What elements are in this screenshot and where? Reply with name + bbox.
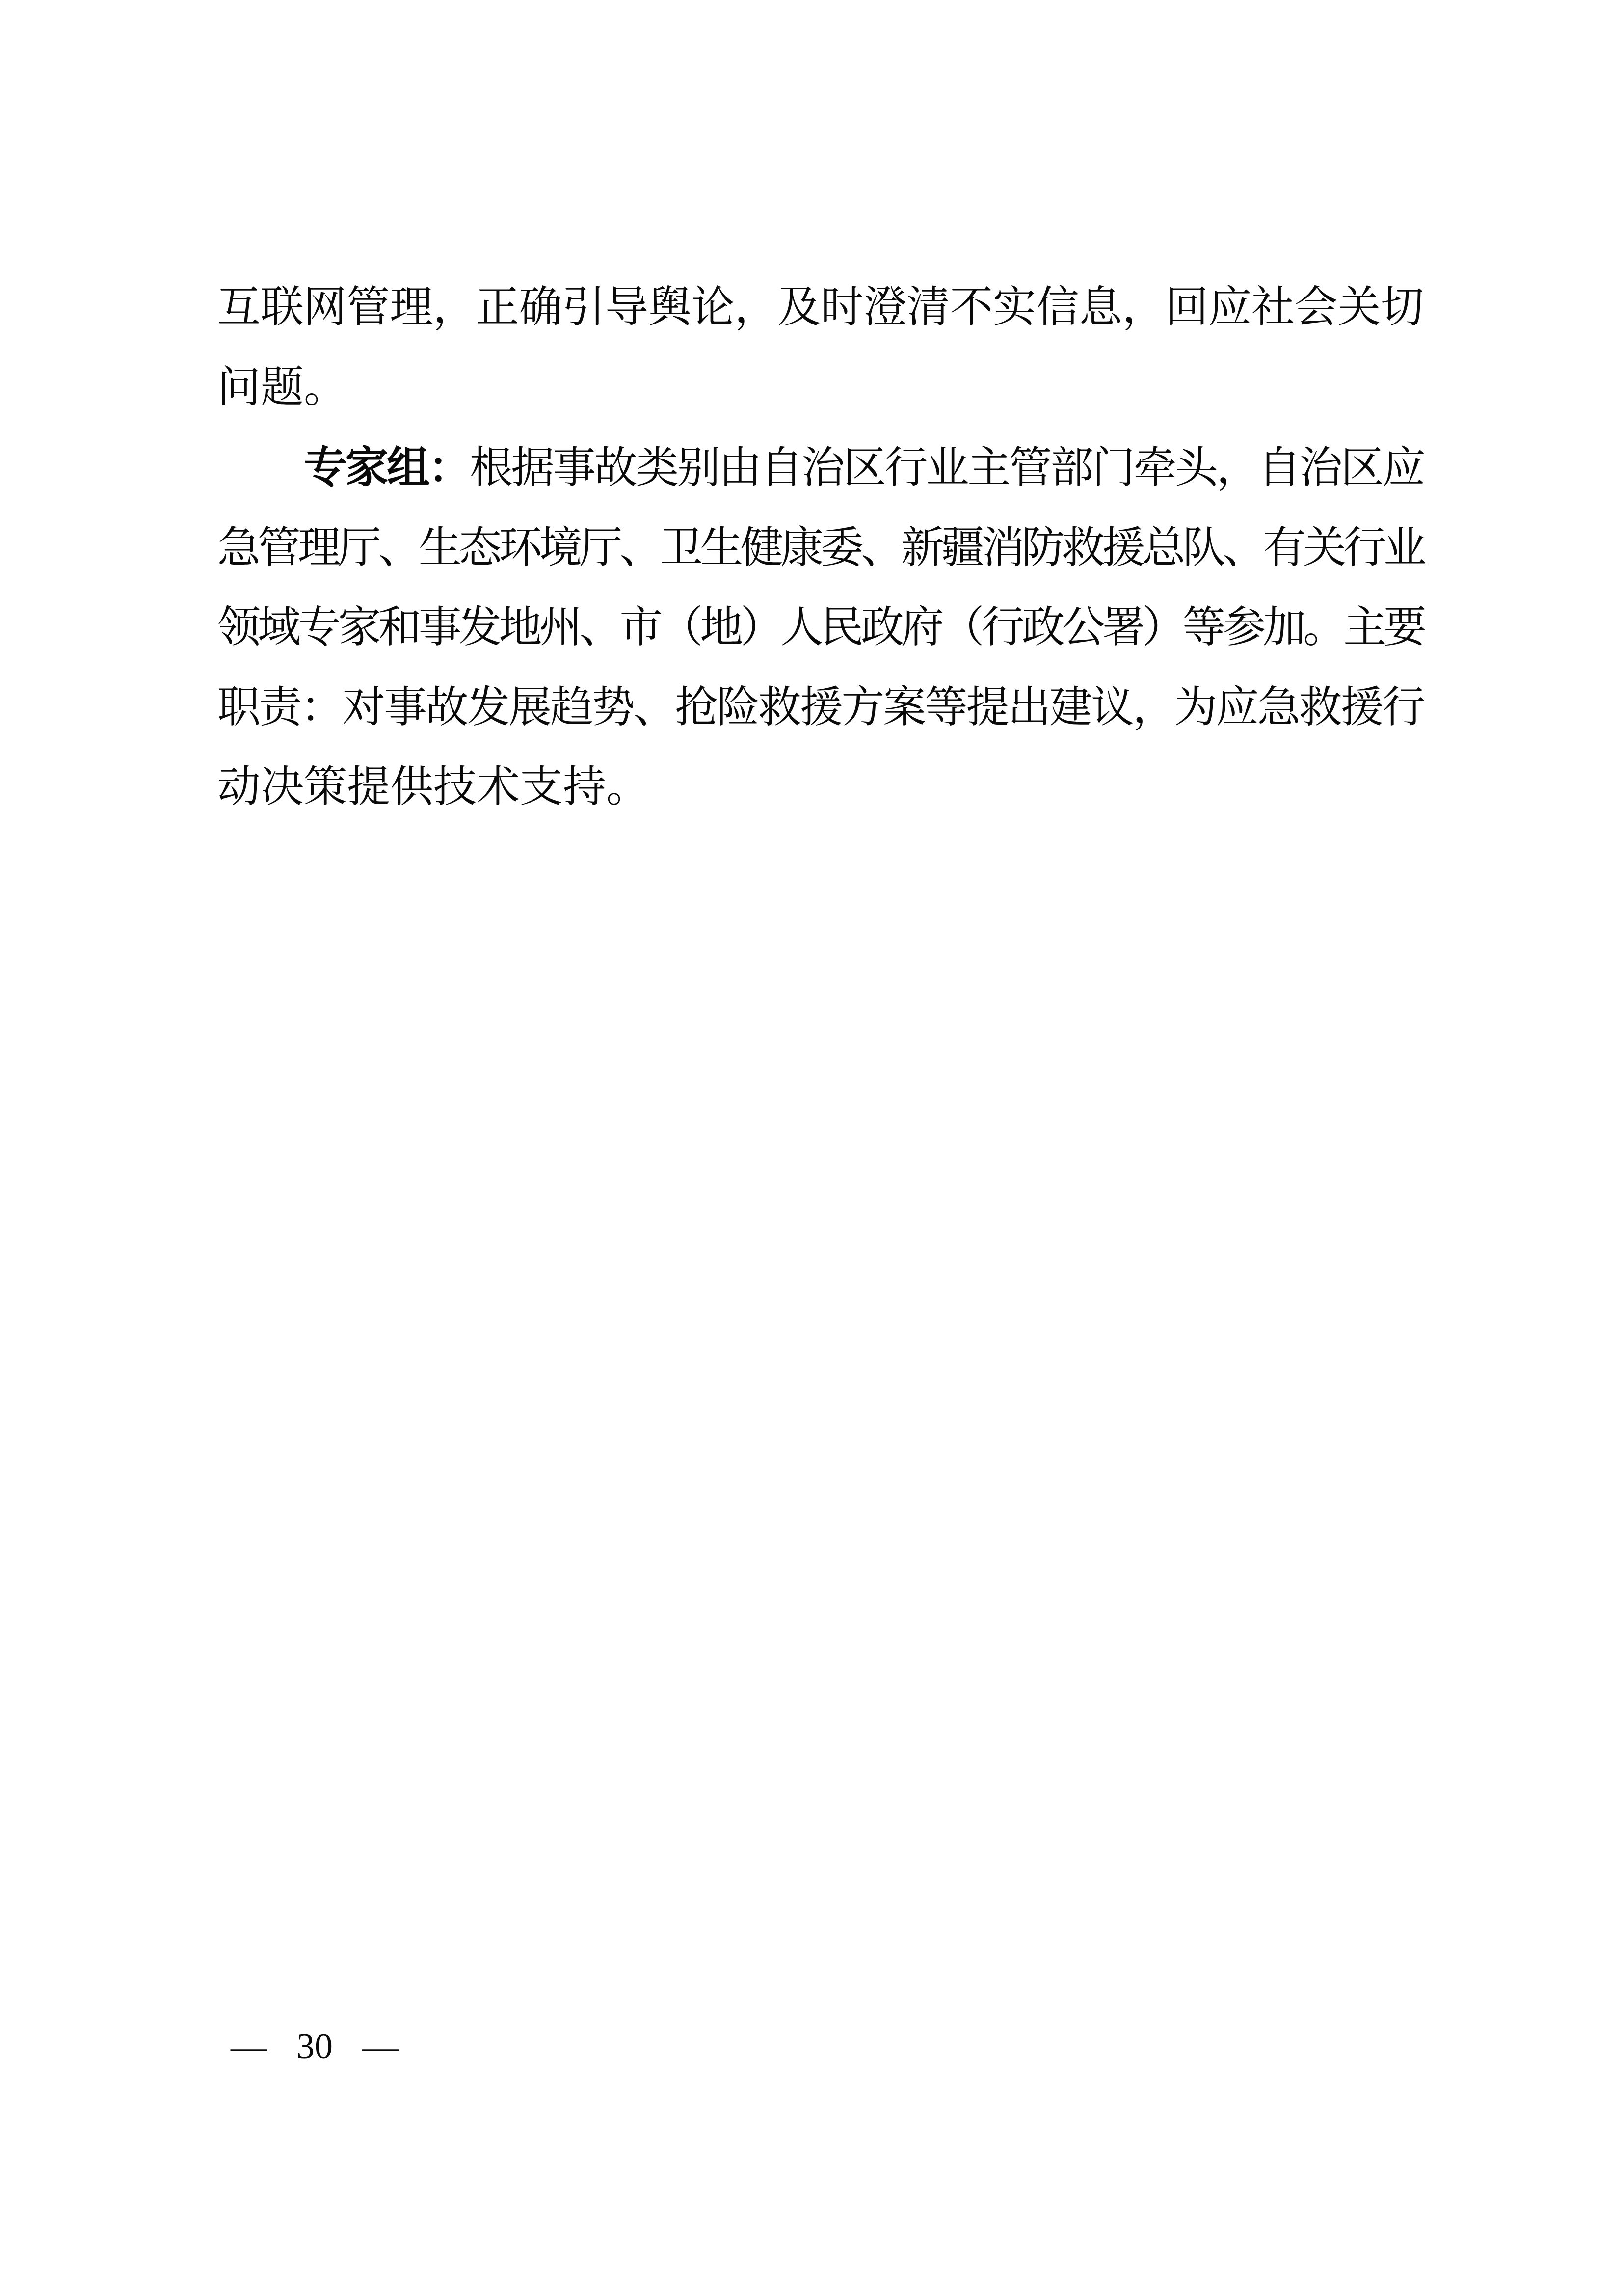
body-line-2: 问题。 bbox=[217, 348, 1424, 428]
body-line-5: 领域专家和事发地州、市（地）人民政府（行政公署）等参加。主要 bbox=[217, 588, 1424, 668]
body-line-7: 动决策提供技术支持。 bbox=[217, 748, 1424, 828]
body-line-1: 互联网管理，正确引导舆论，及时澄清不实信息，回应社会关切 bbox=[217, 268, 1424, 348]
page-number: 30 bbox=[296, 2026, 333, 2067]
body-line-6: 职责：对事故发展趋势、抢险救援方案等提出建议，为应急救援行 bbox=[217, 668, 1424, 748]
footer-left-dash: — bbox=[231, 2026, 267, 2067]
footer-right-dash: — bbox=[362, 2026, 399, 2067]
body-line-4: 急管理厅、生态环境厅、卫生健康委、新疆消防救援总队、有关行业 bbox=[217, 509, 1424, 589]
paragraph-lead-bold: 专家组： bbox=[304, 443, 470, 491]
body-line-3: 专家组：根据事故类别由自治区行业主管部门牵头，自治区应 bbox=[217, 428, 1424, 509]
document-page: 互联网管理，正确引导舆论，及时澄清不实信息，回应社会关切问题。专家组：根据事故类… bbox=[0, 0, 1623, 2296]
page-footer: —30— bbox=[231, 2026, 399, 2068]
text-block: 互联网管理，正确引导舆论，及时澄清不实信息，回应社会关切问题。专家组：根据事故类… bbox=[217, 268, 1424, 828]
